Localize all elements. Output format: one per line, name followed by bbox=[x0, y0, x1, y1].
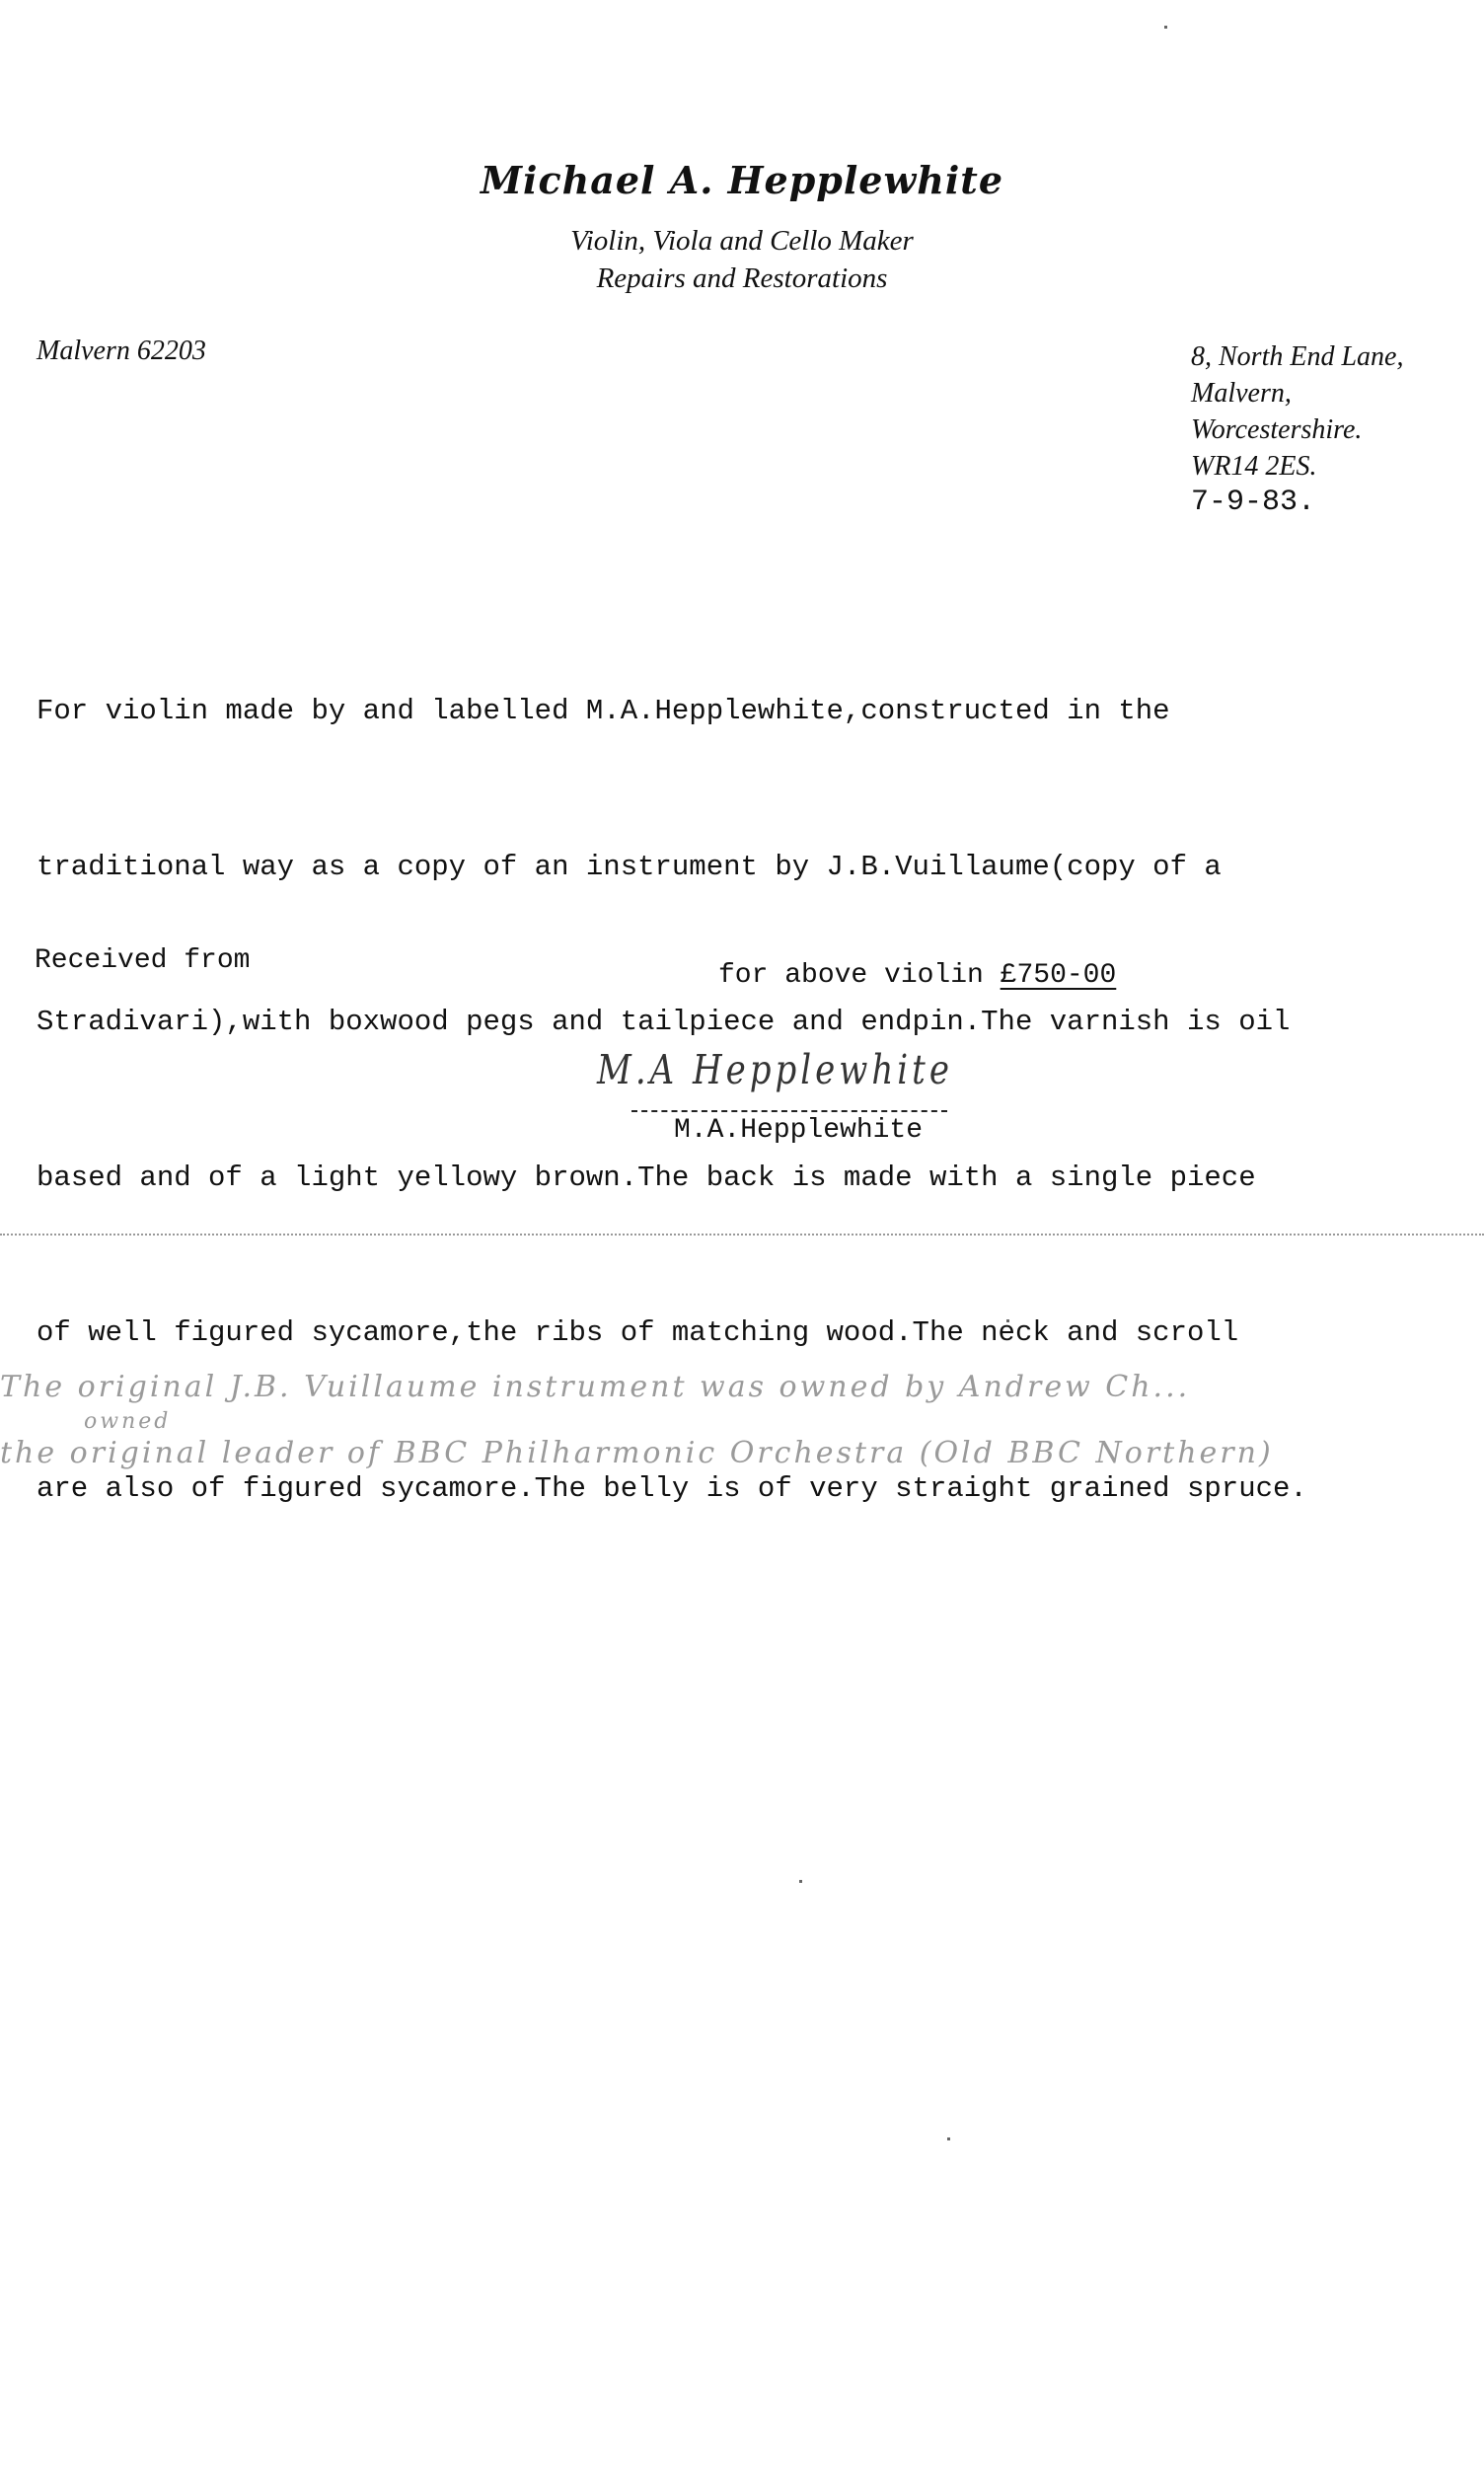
address-line: 8, North End Lane, bbox=[1191, 338, 1403, 375]
scan-speck bbox=[1164, 26, 1167, 29]
address-line: Malvern, bbox=[1191, 375, 1403, 412]
typed-signatory-name: M.A.Hepplewhite bbox=[674, 1115, 923, 1146]
address-line: WR14 2ES. bbox=[1191, 448, 1403, 485]
letterhead-services: Repairs and Restorations bbox=[0, 262, 1484, 295]
body-line: traditional way as a copy of an instrume… bbox=[37, 842, 1307, 894]
body-line: Stradivari),with boxwood pegs and tailpi… bbox=[37, 997, 1307, 1049]
letterhead-trade: Violin, Viola and Cello Maker bbox=[0, 225, 1484, 258]
handwritten-note-insert: owned bbox=[84, 1409, 171, 1434]
amount: £750-00 bbox=[1001, 960, 1117, 991]
scan-speck bbox=[1006, 1319, 1009, 1322]
handwritten-signature: M.A Hepplewhite bbox=[597, 1047, 953, 1094]
address-line: Worcestershire. bbox=[1191, 412, 1403, 448]
address-block: 8, North End Lane, Malvern, Worcestershi… bbox=[1191, 338, 1403, 485]
body-line: are also of figured sycamore.The belly i… bbox=[37, 1463, 1307, 1516]
handwritten-note-line-1: The original J.B. Vuillaume instrument w… bbox=[0, 1370, 1190, 1404]
scan-speck bbox=[947, 2137, 950, 2140]
letter-date: 7-9-83. bbox=[1191, 486, 1315, 519]
letterhead-name: Michael A. Hepplewhite bbox=[0, 158, 1484, 202]
received-from-label: Received from bbox=[35, 945, 250, 976]
fold-line bbox=[0, 1234, 1484, 1236]
body-line: of well figured sycamore,the ribs of mat… bbox=[37, 1308, 1307, 1360]
body-line: based and of a light yellowy brown.The b… bbox=[37, 1153, 1307, 1205]
receipt-for-line: for above violin £750-00 bbox=[718, 960, 1116, 991]
for-label: for above violin bbox=[718, 960, 984, 991]
body-line: For violin made by and labelled M.A.Hepp… bbox=[37, 686, 1307, 738]
phone-number: Malvern 62203 bbox=[37, 336, 206, 367]
scan-speck bbox=[799, 1880, 802, 1883]
handwritten-note-line-2: the original leader of BBC Philharmonic … bbox=[0, 1436, 1274, 1470]
signature-line bbox=[631, 1110, 947, 1112]
